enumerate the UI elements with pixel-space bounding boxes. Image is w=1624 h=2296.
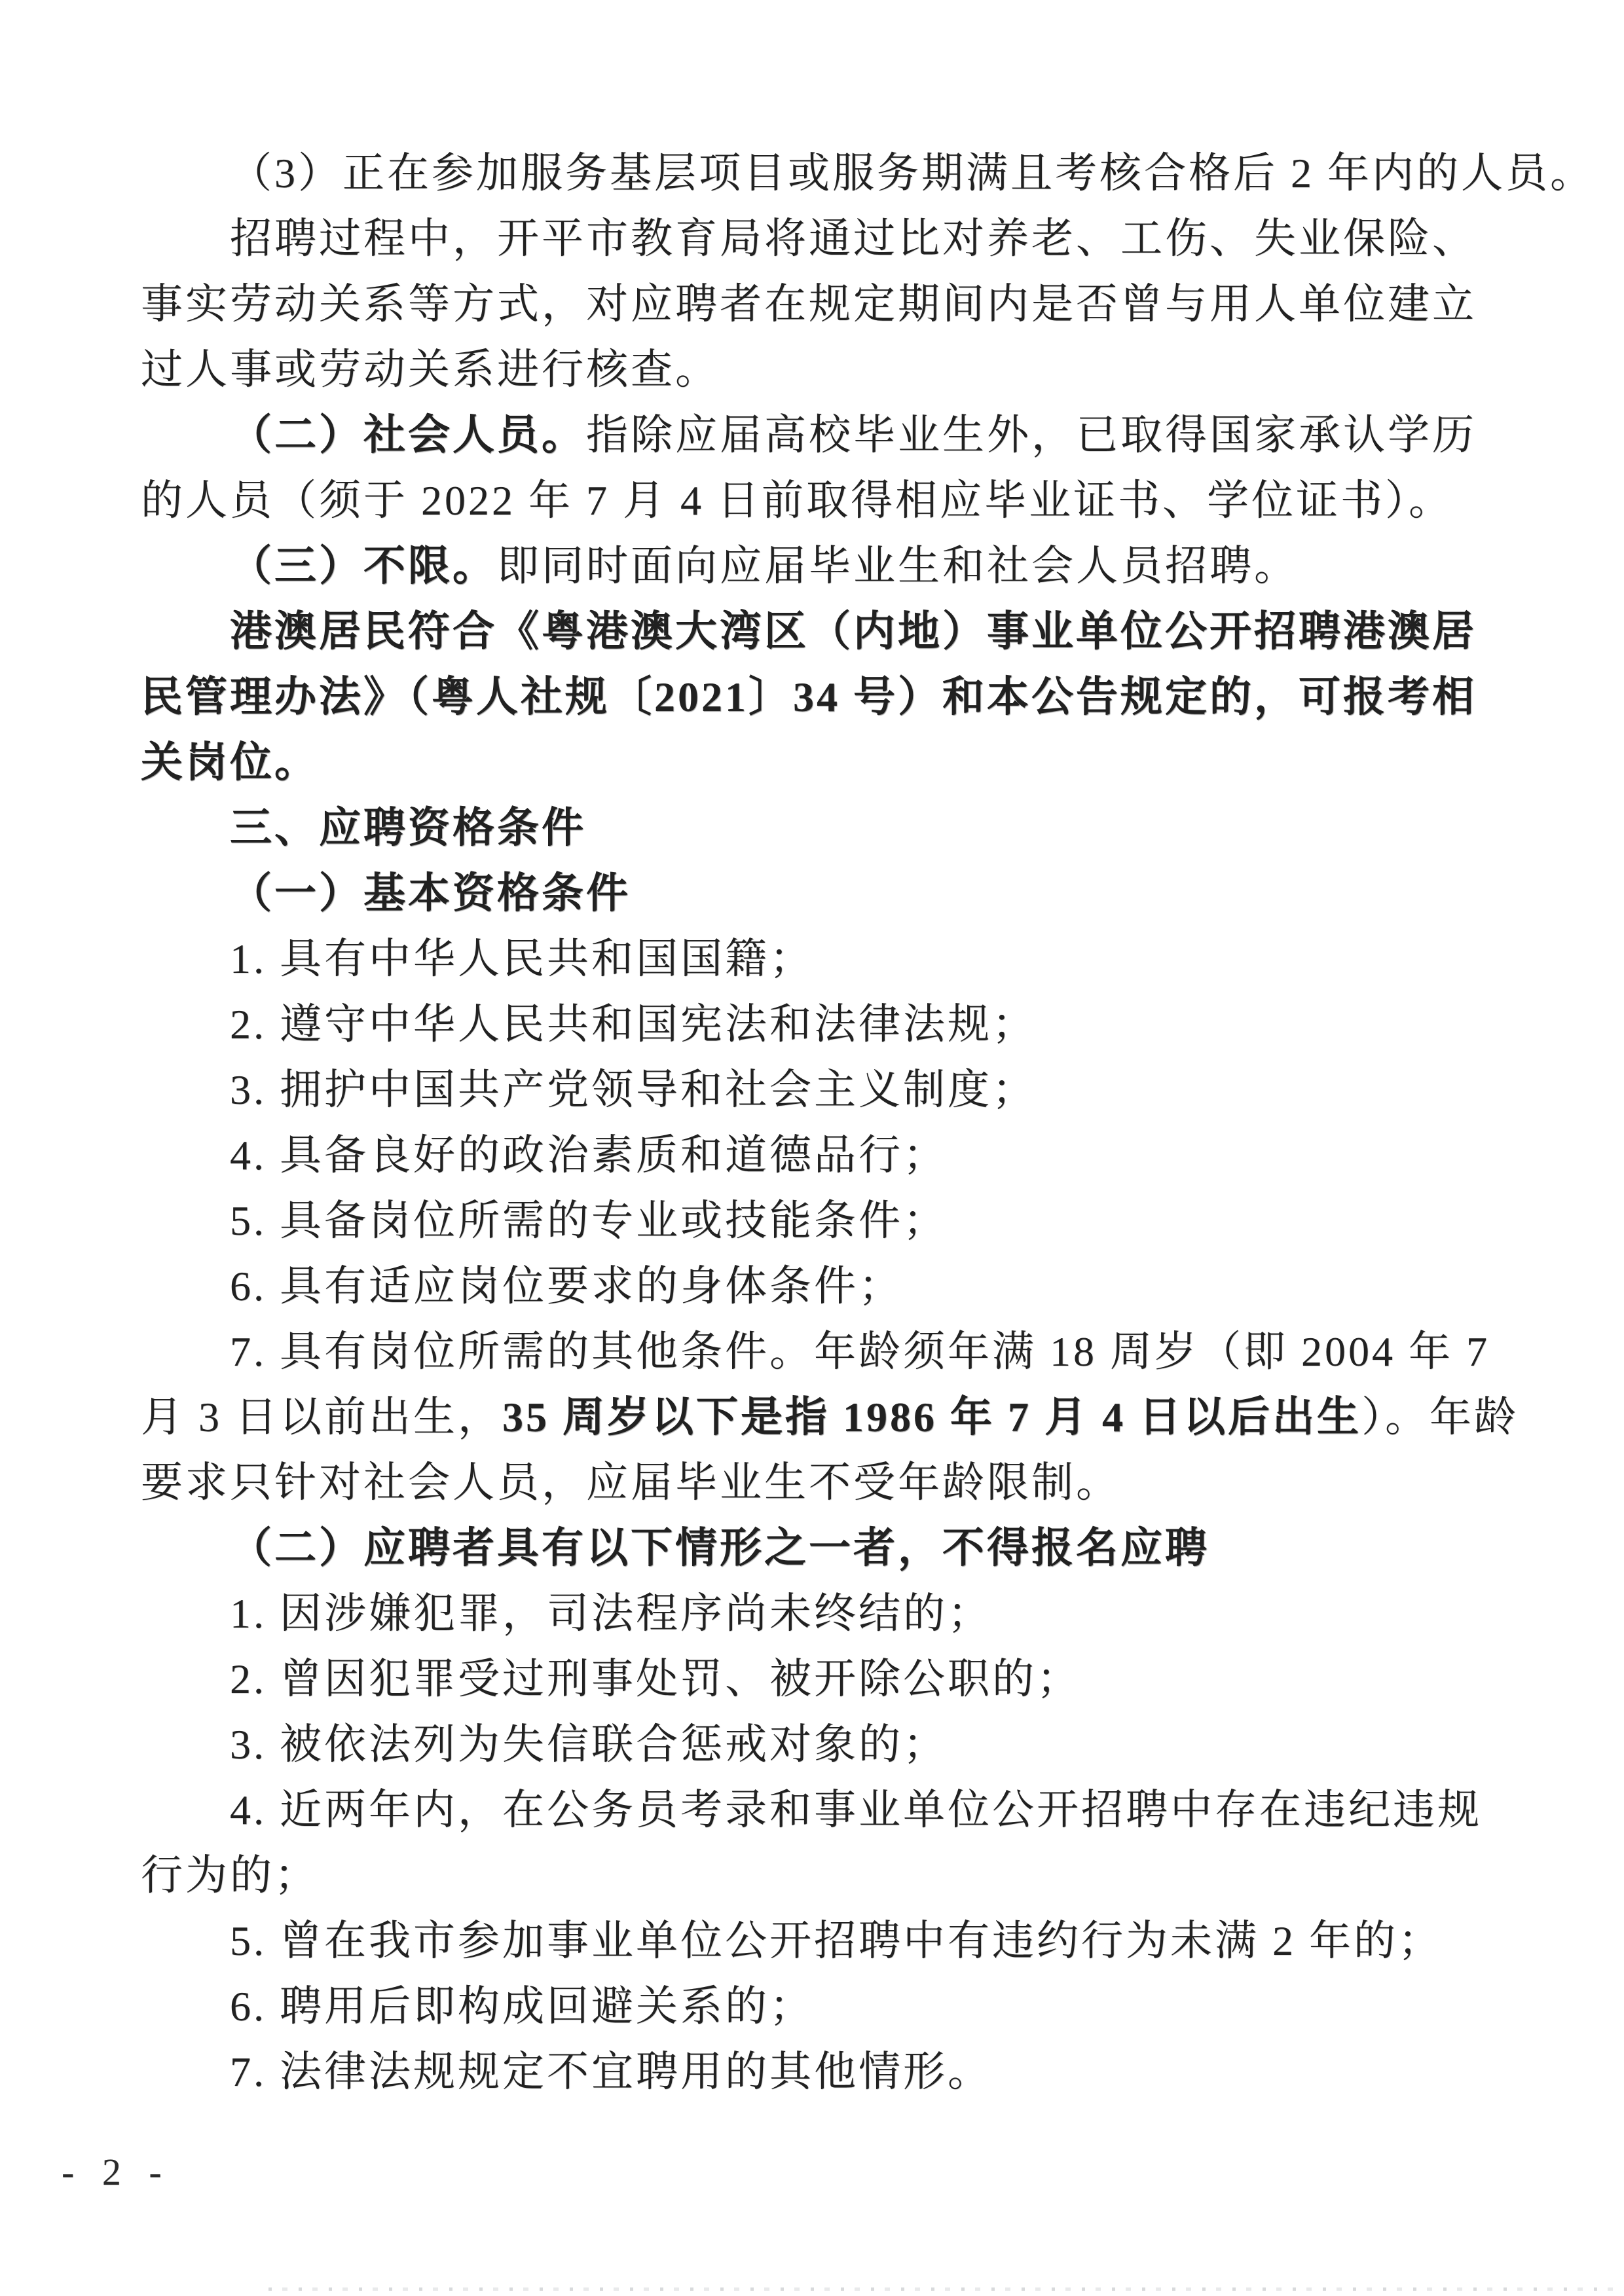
text-run: 招聘过程中，开平市教育局将通过比对养老、工伤、失业保险、 xyxy=(230,215,1477,262)
text-run: 行为的； xyxy=(141,1852,319,1899)
bold-text-run: 民管理办法》（粤人社规〔2021〕34 号）和本公告规定的，可报考相 xyxy=(141,674,1477,720)
bold-text-run: 35 周岁以下是指 1986 年 7 月 4 日以后出生 xyxy=(502,1394,1361,1440)
scan-noise-strip xyxy=(268,2287,1624,2291)
text-line-21: 要求只针对社会人员，应届毕业生不受年龄限制。 xyxy=(141,1450,1509,1516)
text-line-16: 4. 具备良好的政治素质和道德品行； xyxy=(141,1123,1509,1188)
text-line-29: 6. 聘用后即构成回避关系的； xyxy=(141,1974,1509,2039)
text-line-4: 过人事或劳动关系进行核查。 xyxy=(141,337,1509,403)
text-line-10: 关岗位。 xyxy=(141,730,1509,795)
text-run: 的人员（须于 2022 年 7 月 4 日前取得相应毕业证书、学位证书）。 xyxy=(141,477,1453,524)
text-line-12: （一）基本资格条件 xyxy=(141,861,1509,926)
text-run: 月 3 日以前出生， xyxy=(141,1394,502,1440)
document-body: （3）正在参加服务基层项目或服务期满且考核合格后 2 年内的人员。招聘过程中，开… xyxy=(141,141,1509,2105)
bold-text-run: （二）应聘者具有以下情形之一者，不得报名应聘 xyxy=(230,1525,1209,1571)
text-line-19: 7. 具有岗位所需的其他条件。年龄须年满 18 周岁（即 2004 年 7 xyxy=(141,1319,1509,1385)
page-number: - 2 - xyxy=(62,2149,171,2196)
text-line-13: 1. 具有中华人民共和国国籍； xyxy=(141,926,1509,992)
text-run: 3. 被依法列为失信联合惩戒对象的； xyxy=(230,1721,948,1768)
text-run: 2. 遵守中华人民共和国宪法和法律法规； xyxy=(230,1001,1037,1048)
text-line-20: 月 3 日以前出生，35 周岁以下是指 1986 年 7 月 4 日以后出生）。… xyxy=(141,1385,1509,1450)
text-run: 6. 聘用后即构成回避关系的； xyxy=(230,1983,814,2030)
text-run: 过人事或劳动关系进行核查。 xyxy=(141,346,720,393)
text-line-18: 6. 具有适应岗位要求的身体条件； xyxy=(141,1254,1509,1319)
text-line-8: 港澳居民符合《粤港澳大湾区（内地）事业单位公开招聘港澳居 xyxy=(141,599,1509,665)
text-run: 1. 因涉嫌犯罪，司法程序尚未终结的； xyxy=(230,1590,992,1637)
text-run: 2. 曾因犯罪受过刑事处罚、被开除公职的； xyxy=(230,1656,1081,1702)
bold-text-run: 港澳居民符合《粤港澳大湾区（内地）事业单位公开招聘港澳居 xyxy=(230,608,1477,655)
text-line-24: 2. 曾因犯罪受过刑事处罚、被开除公职的； xyxy=(141,1647,1509,1712)
text-run: 4. 具备良好的政治素质和道德品行； xyxy=(230,1132,948,1178)
text-run: 要求只针对社会人员，应届毕业生不受年龄限制。 xyxy=(141,1459,1120,1506)
text-line-11: 三、应聘资格条件 xyxy=(141,795,1509,861)
text-line-17: 5. 具备岗位所需的专业或技能条件； xyxy=(141,1188,1509,1254)
text-line-2: 招聘过程中，开平市教育局将通过比对养老、工伤、失业保险、 xyxy=(141,206,1509,272)
text-run: 6. 具有适应岗位要求的身体条件； xyxy=(230,1263,903,1309)
text-run: 事实劳动关系等方式，对应聘者在规定期间内是否曾与用人单位建立 xyxy=(141,281,1477,327)
text-line-3: 事实劳动关系等方式，对应聘者在规定期间内是否曾与用人单位建立 xyxy=(141,272,1509,337)
bold-text-run: 三、应聘资格条件 xyxy=(230,805,586,851)
text-line-27: 行为的； xyxy=(141,1843,1509,1908)
bold-text-run: （二）社会人员。 xyxy=(230,412,586,458)
text-line-28: 5. 曾在我市参加事业单位公开招聘中有违约行为未满 2 年的； xyxy=(141,1908,1509,1974)
text-line-9: 民管理办法》（粤人社规〔2021〕34 号）和本公告规定的，可报考相 xyxy=(141,665,1509,730)
text-run: 指除应届高校毕业生外，已取得国家承认学历 xyxy=(586,412,1477,458)
text-line-14: 2. 遵守中华人民共和国宪法和法律法规； xyxy=(141,992,1509,1057)
text-run: ）。年龄 xyxy=(1361,1394,1519,1440)
text-line-26: 4. 近两年内，在公务员考录和事业单位公开招聘中存在违纪违规 xyxy=(141,1777,1509,1843)
text-line-1: （3）正在参加服务基层项目或服务期满且考核合格后 2 年内的人员。 xyxy=(141,141,1509,206)
bold-text-run: （一）基本资格条件 xyxy=(230,870,631,917)
text-run: 7. 法律法规规定不宜聘用的其他情形。 xyxy=(230,2049,992,2095)
text-run: 7. 具有岗位所需的其他条件。年龄须年满 18 周岁（即 2004 年 7 xyxy=(230,1328,1490,1375)
text-run: 5. 曾在我市参加事业单位公开招聘中有违约行为未满 2 年的； xyxy=(230,1918,1443,1964)
bold-text-run: 关岗位。 xyxy=(141,739,319,786)
text-line-6: 的人员（须于 2022 年 7 月 4 日前取得相应毕业证书、学位证书）。 xyxy=(141,468,1509,534)
text-line-15: 3. 拥护中国共产党领导和社会主义制度； xyxy=(141,1057,1509,1123)
scanned-document-page: （3）正在参加服务基层项目或服务期满且考核合格后 2 年内的人员。招聘过程中，开… xyxy=(0,0,1624,2296)
text-run: 3. 拥护中国共产党领导和社会主义制度； xyxy=(230,1066,1037,1113)
text-run: 1. 具有中华人民共和国国籍； xyxy=(230,936,814,982)
text-line-22: （二）应聘者具有以下情形之一者，不得报名应聘 xyxy=(141,1516,1509,1581)
text-line-30: 7. 法律法规规定不宜聘用的其他情形。 xyxy=(141,2039,1509,2105)
text-line-23: 1. 因涉嫌犯罪，司法程序尚未终结的； xyxy=(141,1581,1509,1647)
text-run: 5. 具备岗位所需的专业或技能条件； xyxy=(230,1197,948,1244)
text-line-5: （二）社会人员。指除应届高校毕业生外，已取得国家承认学历 xyxy=(141,403,1509,468)
text-line-25: 3. 被依法列为失信联合惩戒对象的； xyxy=(141,1712,1509,1777)
text-run: 4. 近两年内，在公务员考录和事业单位公开招聘中存在违纪违规 xyxy=(230,1787,1482,1833)
bold-text-run: （三）不限。 xyxy=(230,543,497,589)
text-line-7: （三）不限。即同时面向应届毕业生和社会人员招聘。 xyxy=(141,534,1509,599)
text-run: 即同时面向应届毕业生和社会人员招聘。 xyxy=(497,543,1299,589)
text-run: （3）正在参加服务基层项目或服务期满且考核合格后 2 年内的人员。 xyxy=(230,150,1595,196)
